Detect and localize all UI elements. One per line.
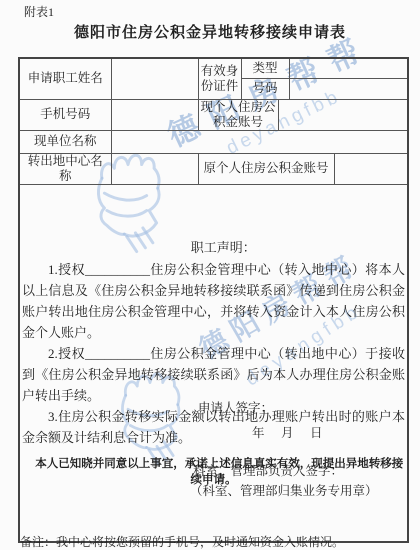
applicant-name-label: 申请职工姓名 xyxy=(19,58,111,99)
id-number-value xyxy=(289,78,408,99)
signature-date-label: 年 月 日 xyxy=(252,423,325,441)
mobile-label: 手机号码 xyxy=(19,99,111,130)
application-form-table: 申请职工姓名 有效身份证件 类型 号码 手机号码 现个人住房公积金账号 现单位名… xyxy=(18,57,409,543)
id-type-label: 类型 xyxy=(241,58,289,78)
id-document-label: 有效身份证件 xyxy=(198,58,241,99)
declaration-item-2: 2.授权__________住房公积金管理中心（转出地中心）于接收到《住房公积金… xyxy=(22,343,405,406)
department-seal-label: （科室、管理部归集业务专用章） xyxy=(190,481,378,499)
application-form-document: 附表1 德阳市住房公积金异地转移接续申请表 申请职工姓名 有效身份证件 类型 号… xyxy=(0,0,420,550)
original-account-label: 原个人住房公积金账号 xyxy=(198,153,334,184)
id-number-label: 号码 xyxy=(241,78,289,99)
department-signature-label: 科室、管理部负责人签字： xyxy=(193,461,343,479)
employee-declaration-cell: 职工声明： 1.授权__________住房公积金管理中心（转入地中心）将本人以… xyxy=(19,184,408,542)
current-account-label: 现个人住房公积金账号 xyxy=(198,99,278,130)
current-account-value xyxy=(278,99,408,130)
original-account-value xyxy=(334,153,408,184)
applicant-signature-label: 申请人签字： xyxy=(198,398,273,416)
footnote: 备注：我中心将按您预留的手机号，及时通知资金入账情况。 xyxy=(20,533,344,550)
annex-label: 附表1 xyxy=(24,3,54,20)
transfer-out-center-label: 转出地中心名称 xyxy=(19,153,111,184)
applicant-name-value xyxy=(111,58,198,99)
mobile-value xyxy=(111,99,198,130)
current-employer-label: 现单位名称 xyxy=(19,130,111,153)
id-type-value xyxy=(289,58,408,78)
transfer-out-center-value xyxy=(111,153,198,184)
current-employer-value xyxy=(111,130,408,153)
declaration-heading: 职工声明： xyxy=(22,238,405,257)
declaration-item-1: 1.授权__________住房公积金管理中心（转入地中心）将本人以上信息及《住… xyxy=(22,259,405,343)
page-title: 德阳市住房公积金异地转移接续申请表 xyxy=(0,21,420,42)
